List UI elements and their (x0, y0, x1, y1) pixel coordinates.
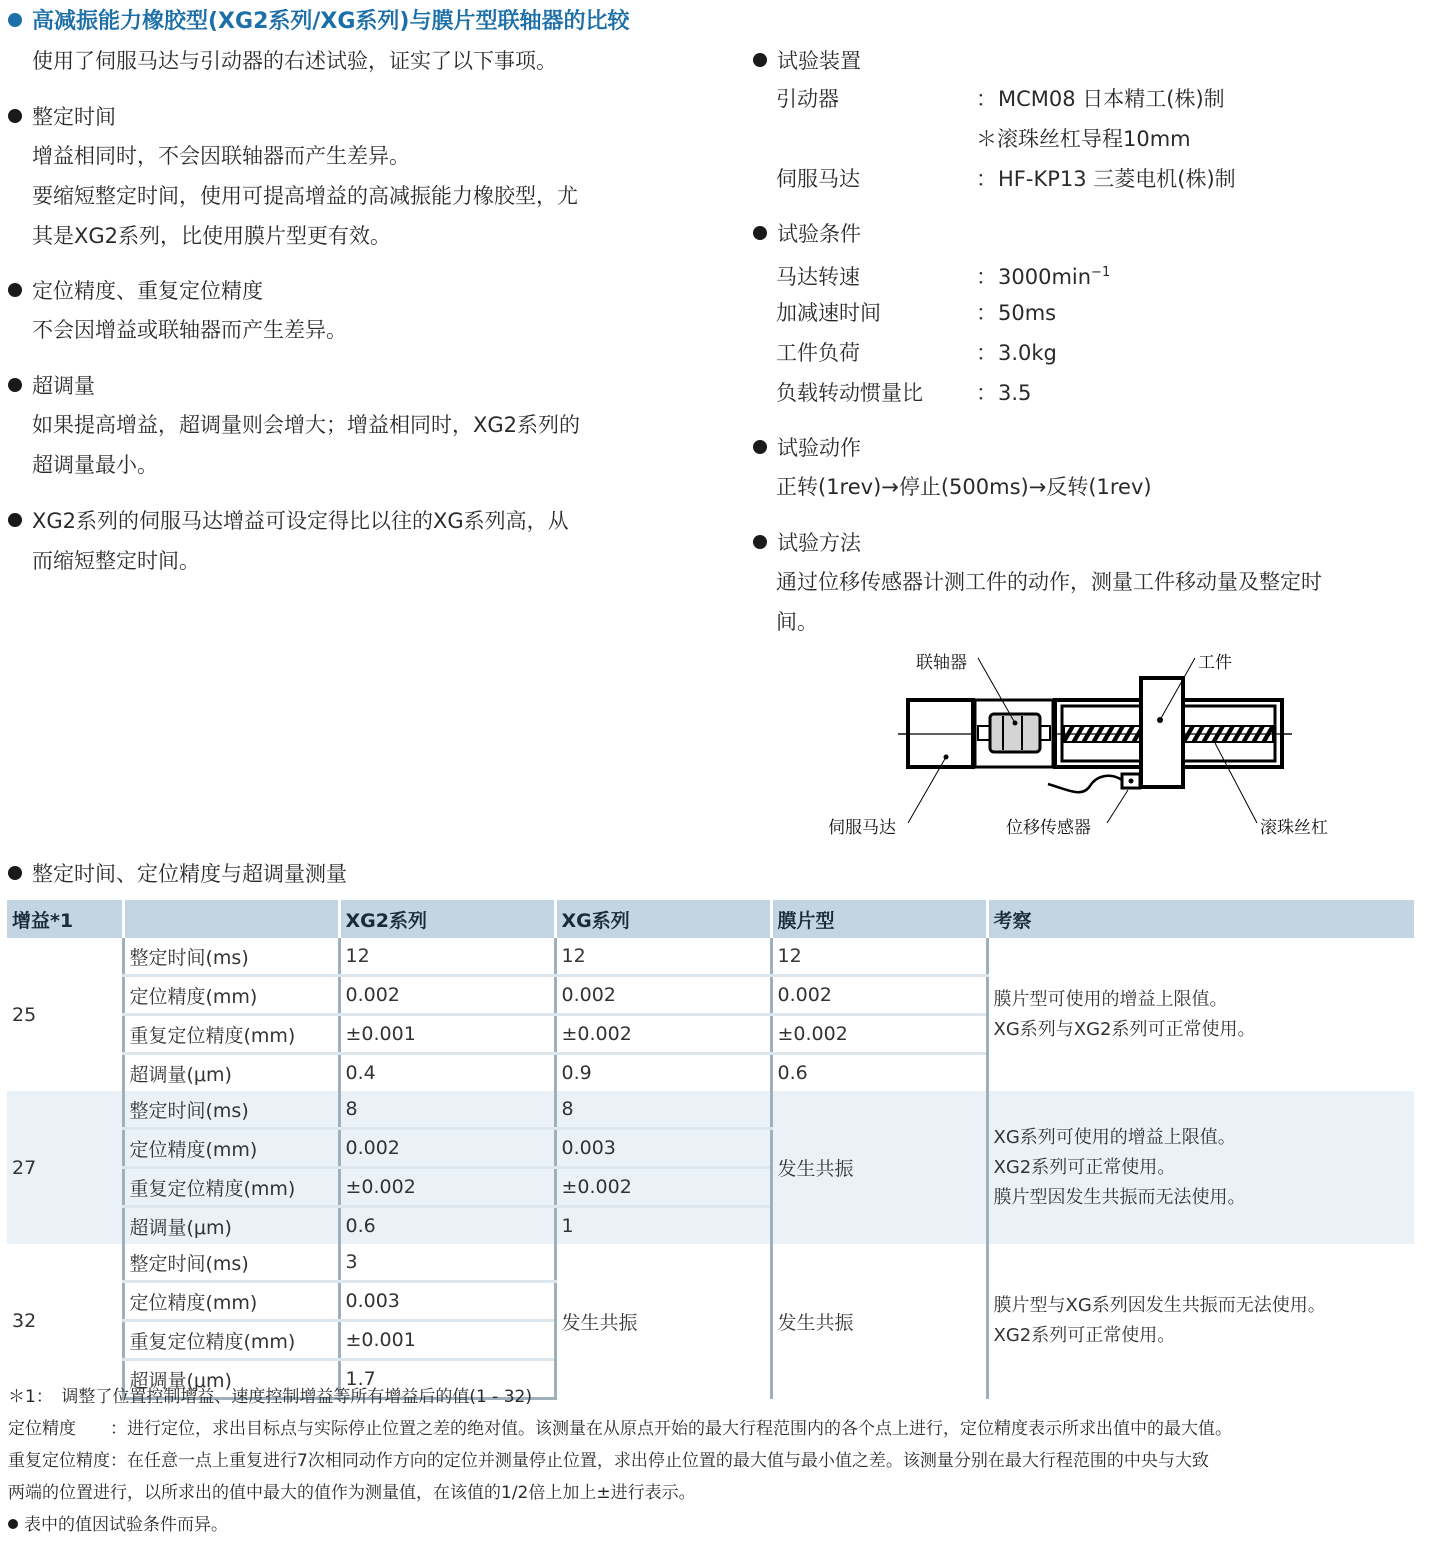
gain-group-27: 27 整定时间(ms) 8 8 发生共振 XG系列可使用的增益上限值。 XG2系… (7, 1091, 1414, 1244)
paragraph-line: 如果提高增益，超调量则会增大；增益相同时，XG2系列的 (0, 405, 580, 445)
item-label: 整定时间(ms) (123, 1091, 339, 1129)
heading-overshoot: 超调量 (8, 366, 95, 406)
heading-text: 试验装置 (777, 49, 861, 73)
remark: XG系列可使用的增益上限值。 XG2系列可正常使用。 膜片型因发生共振而无法使用… (987, 1091, 1414, 1244)
bullet-icon (8, 866, 22, 880)
remark: 膜片型可使用的增益上限值。 XG系列与XG2系列可正常使用。 (987, 938, 1414, 1091)
measurement-table: 增益*1 XG2系列 XG系列 膜片型 考察 25 整定时间(ms) 12 12… (7, 900, 1414, 1400)
item-label: 超调量(μm) (123, 1207, 339, 1245)
xg2-value: ±0.002 (339, 1168, 555, 1207)
label-displacement-sensor: 位移传感器 (1006, 813, 1091, 838)
header-xg2: XG2系列 (339, 900, 555, 938)
header-xg: XG系列 (555, 900, 771, 938)
xg2-value: 12 (339, 938, 555, 976)
xg-value: 0.002 (555, 976, 771, 1015)
spec-value: 3000min (998, 265, 1091, 289)
xg2-value: 8 (339, 1091, 555, 1129)
label-ball-screw: 滚珠丝杠 (1260, 813, 1328, 838)
xg-merged: 发生共振 (555, 1244, 771, 1399)
gain-value: 32 (7, 1244, 123, 1399)
label-servo-motor: 伺服马达 (828, 813, 896, 838)
footnote-repeatability-cont: 两端的位置进行，以所求出的值中最大的值作为测量值，在该值的1/2倍上加上±进行表… (8, 1478, 696, 1509)
footnote-gain: ＊1： 调整了位置控制增益、速度控制增益等所有增益后的值(1 - 32) (8, 1382, 532, 1413)
spec-row-accel: 加减速时间：50ms (776, 293, 1056, 333)
gain-value: 25 (7, 938, 123, 1091)
gain-value: 27 (7, 1091, 123, 1244)
method-line: 间。 (776, 602, 818, 642)
xg-value: 0.9 (555, 1054, 771, 1092)
paragraph-line: 增益相同时，不会因联轴器而产生差异。 (0, 136, 410, 176)
heading-text: 试验方法 (777, 531, 861, 555)
item-label: 整定时间(ms) (123, 938, 339, 976)
item-label: 重复定位精度(mm) (123, 1168, 339, 1207)
spec-value: 3.0kg (998, 341, 1057, 365)
spec-colon: ： (976, 373, 998, 413)
spec-value: 50ms (998, 301, 1056, 325)
remark: 膜片型与XG系列因发生共振而无法使用。 XG2系列可正常使用。 (987, 1244, 1414, 1399)
spec-label: 引动器 (776, 79, 976, 119)
item-label: 定位精度(mm) (123, 976, 339, 1015)
spec-row-inertia: 负载转动惯量比：3.5 (776, 373, 1031, 413)
spec-superscript: −1 (1091, 265, 1110, 280)
paragraph-line: 不会因增益或联轴器而产生差异。 (0, 310, 347, 350)
paragraph-line: 要缩短整定时间，使用可提高增益的高减振能力橡胶型，尤 (0, 176, 578, 216)
bullet-icon (8, 283, 22, 297)
heading-xg2-gain: XG2系列的伺服马达增益可设定得比以往的XG系列高，从 (8, 501, 569, 541)
xg-value: 12 (555, 938, 771, 976)
heading-text: 整定时间 (32, 105, 116, 129)
bullet-icon (753, 53, 767, 67)
table-header-row: 增益*1 XG2系列 XG系列 膜片型 考察 (7, 900, 1414, 938)
footnote-conditions: 表中的值因试验条件而异。 (8, 1510, 228, 1541)
heading-apparatus: 试验装置 (753, 41, 861, 81)
heading-positioning-accuracy: 定位精度、重复定位精度 (8, 271, 263, 311)
diaphragm-value: ±0.002 (771, 1015, 987, 1054)
spec-label: 伺服马达 (776, 159, 976, 199)
paragraph-line: 超调量最小。 (0, 445, 158, 485)
diaphragm-value: 12 (771, 938, 987, 976)
spec-label: 工件负荷 (776, 333, 976, 373)
item-label: 定位精度(mm) (123, 1129, 339, 1168)
header-gain: 增益*1 (7, 900, 123, 938)
spec-row-speed: 马达转速：3000min−1 (776, 253, 1110, 297)
xg-value: ±0.002 (555, 1168, 771, 1207)
header-item (123, 900, 339, 938)
gain-group-25: 25 整定时间(ms) 12 12 12 膜片型可使用的增益上限值。 XG系列与… (7, 938, 1414, 1091)
spec-label: 加减速时间 (776, 293, 976, 333)
heading-operation: 试验动作 (753, 428, 861, 468)
heading-text: 超调量 (32, 374, 95, 398)
spec-value: MCM08 日本精工(株)制 (998, 87, 1225, 111)
table-row: 32 整定时间(ms) 3 发生共振 发生共振 膜片型与XG系列因发生共振而无法… (7, 1244, 1414, 1282)
heading-text: 试验条件 (777, 222, 861, 246)
bullet-icon (8, 13, 22, 27)
spec-row-actuator: 引动器：MCM08 日本精工(株)制 (776, 79, 1225, 119)
item-label: 整定时间(ms) (123, 1244, 339, 1282)
spec-row-load: 工件负荷：3.0kg (776, 333, 1057, 373)
xg2-value: 3 (339, 1244, 555, 1282)
xg2-value: 0.6 (339, 1207, 555, 1245)
spec-colon: ： (976, 159, 998, 199)
method-line: 通过位移传感器计测工件的动作，测量工件移动量及整定时 (776, 562, 1322, 602)
spec-label: 马达转速 (776, 257, 976, 297)
heading-conditions: 试验条件 (753, 214, 861, 254)
item-label: 定位精度(mm) (123, 1282, 339, 1321)
spec-colon: ： (976, 79, 998, 119)
table-row: 25 整定时间(ms) 12 12 12 膜片型可使用的增益上限值。 XG系列与… (7, 938, 1414, 976)
header-diaphragm: 膜片型 (771, 900, 987, 938)
spec-row-lead: ＊滚珠丝杠导程10mm (976, 119, 1191, 159)
bullet-icon (8, 109, 22, 123)
item-label: 重复定位精度(mm) (123, 1015, 339, 1054)
xg2-value: ±0.001 (339, 1015, 555, 1054)
spec-label: 负载转动惯量比 (776, 373, 976, 413)
gain-group-32: 32 整定时间(ms) 3 发生共振 发生共振 膜片型与XG系列因发生共振而无法… (7, 1244, 1414, 1399)
footnote-repeatability: 重复定位精度：在任意一点上重复进行7次相同动作方向的定位并测量停止位置，求出停止… (8, 1446, 1209, 1477)
xg2-value: 0.002 (339, 976, 555, 1015)
xg2-value: 0.002 (339, 1129, 555, 1168)
bullet-icon (8, 1519, 18, 1529)
xg2-value: 0.003 (339, 1282, 555, 1321)
heading-text: 试验动作 (777, 436, 861, 460)
heading-settling-time: 整定时间 (8, 97, 116, 137)
heading-text: 定位精度、重复定位精度 (32, 279, 263, 303)
xg2-value: 0.4 (339, 1054, 555, 1092)
xg-value: 8 (555, 1091, 771, 1129)
spec-value: HF-KP13 三菱电机(株)制 (998, 167, 1236, 191)
intro-text: 使用了伺服马达与引动器的右述试验，证实了以下事项。 (0, 41, 557, 81)
bullet-icon (753, 226, 767, 240)
paragraph-line: 而缩短整定时间。 (0, 541, 200, 581)
section-title: 高减振能力橡胶型(XG2系列/XG系列)与膜片型联轴器的比较 (8, 2, 630, 42)
item-label: 重复定位精度(mm) (123, 1321, 339, 1360)
heading-text: XG2系列的伺服马达增益可设定得比以往的XG系列高，从 (32, 509, 569, 533)
test-setup-diagram: 联轴器 工件 伺服马达 位移传感器 滚珠丝杠 (820, 640, 1340, 840)
label-coupling: 联轴器 (916, 648, 967, 673)
table-caption: 整定时间、定位精度与超调量测量 (8, 854, 347, 894)
bullet-icon (8, 378, 22, 392)
footnote-positioning-accuracy: 定位精度 ：进行定位，求出目标点与实际停止位置之差的绝对值。该测量在从原点开始的… (8, 1414, 1232, 1445)
xg-value: ±0.002 (555, 1015, 771, 1054)
diaphragm-merged: 发生共振 (771, 1244, 987, 1399)
label-workpiece: 工件 (1198, 648, 1232, 673)
bullet-icon (8, 513, 22, 527)
paragraph-line: 其是XG2系列，比使用膜片型更有效。 (0, 216, 391, 256)
header-remarks: 考察 (987, 900, 1414, 938)
bullet-icon (753, 440, 767, 454)
diaphragm-value: 0.6 (771, 1054, 987, 1092)
heading-method: 试验方法 (753, 523, 861, 563)
operation-text: 正转(1rev)→停止(500ms)→反转(1rev) (776, 467, 1152, 507)
diaphragm-value: 0.002 (771, 976, 987, 1015)
spec-value: ＊滚珠丝杠导程10mm (976, 127, 1191, 151)
spec-colon: ： (976, 257, 998, 297)
caption-text: 整定时间、定位精度与超调量测量 (32, 862, 347, 886)
section-title-text: 高减振能力橡胶型(XG2系列/XG系列)与膜片型联轴器的比较 (32, 9, 630, 34)
xg-value: 0.003 (555, 1129, 771, 1168)
footnote-text: 表中的值因试验条件而异。 (24, 1515, 228, 1535)
table-row: 27 整定时间(ms) 8 8 发生共振 XG系列可使用的增益上限值。 XG2系… (7, 1091, 1414, 1129)
spec-colon: ： (976, 293, 998, 333)
item-label: 超调量(μm) (123, 1054, 339, 1092)
bullet-icon (753, 535, 767, 549)
spec-value: 3.5 (998, 381, 1031, 405)
spec-row-servo: 伺服马达：HF-KP13 三菱电机(株)制 (776, 159, 1236, 199)
diaphragm-merged: 发生共振 (771, 1091, 987, 1244)
test-setup-diagram-icon (820, 640, 1340, 840)
spec-colon: ： (976, 333, 998, 373)
xg-value: 1 (555, 1207, 771, 1245)
xg2-value: ±0.001 (339, 1321, 555, 1360)
